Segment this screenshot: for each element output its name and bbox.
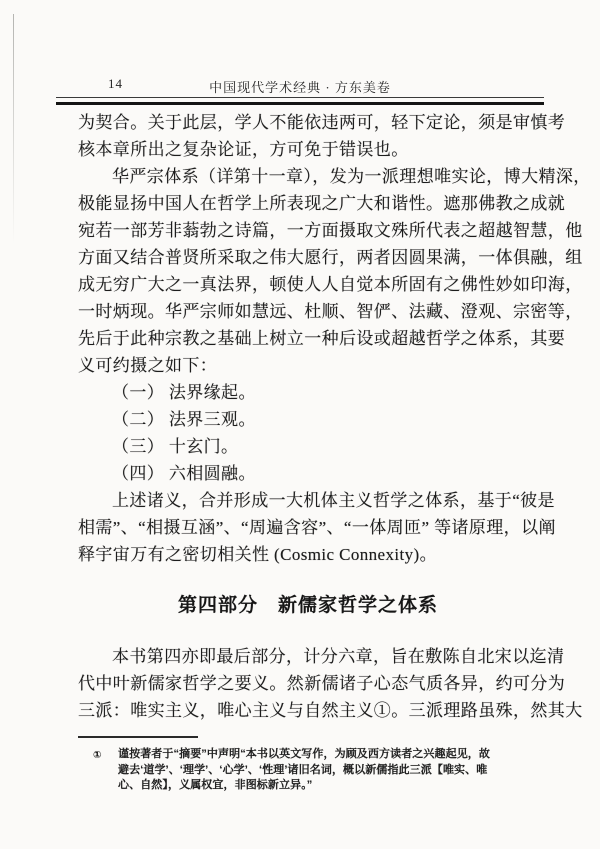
page-number: 14 (108, 76, 123, 92)
list-item-line: （二） 法界三观。 (78, 406, 538, 433)
footnote-separator (78, 736, 198, 738)
book-title: 中国现代学术经典 · 方东美卷 (0, 77, 600, 96)
footnote-line: 避去‘道学’、‘理学’、‘心学’、‘性理’诸旧名词，概以新儒指此三派【唯实、唯 (118, 763, 540, 779)
body-line: 一时炳现。华严宗师如慧远、杜顺、智俨、法藏、澄观、宗密等， (78, 298, 538, 325)
footnote-line: 心、自然】，义属权宜，非图标新立异。” (118, 778, 540, 794)
body-line: 为契合。关于此层，学人不能依违两可，轻下定论，须是审慎考 (78, 109, 538, 136)
body-line: 先后于此种宗教之基础上树立一种后设或超越哲学之体系，其要 (78, 325, 538, 352)
body-line: 相需”、“相摄互涵”、“周遍含容”、“一体周匝” 等诸原理，以阐 (78, 514, 538, 541)
header-rule-thick (56, 102, 544, 105)
list-item-line: （一） 法界缘起。 (78, 379, 538, 406)
body-line: 华严宗体系（详第十一章），发为一派理想唯实论，博大精深， (78, 163, 538, 190)
body-line: 宛若一部芳非蓊勃之诗篇，一方面摄取文殊所代表之超越智慧，他 (78, 217, 538, 244)
footnote: ① 谨按著者于“摘要”中声明“本书以英文写作，为顾及西方读者之兴趣起见，故 避去… (93, 747, 540, 794)
body-line: 代中叶新儒家哲学之要义。然新儒诸子心态气质各异，约可分为 (78, 670, 538, 697)
footnote-line: 谨按著者于“摘要”中声明“本书以英文写作，为顾及西方读者之兴趣起见，故 (118, 747, 540, 763)
running-header: 14 中国现代学术经典 · 方东美卷 (0, 0, 600, 93)
section-heading: 第四部分 新儒家哲学之体系 (78, 592, 538, 620)
main-text-block: 为契合。关于此层，学人不能依违两可，轻下定论，须是审慎考 核本章所出之复杂论证，… (78, 109, 538, 724)
body-line: 方面又结合普贤所采取之伟大愿行，两者因圆果满，一体俱融，组 (78, 244, 538, 271)
body-line: 极能显扬中国人在哲学上所表现之广大和谐性。遮那佛教之成就 (78, 190, 538, 217)
header-rule-thin (56, 97, 544, 98)
list-item-line: （三） 十玄门。 (78, 433, 538, 460)
footnote-marker: ① (93, 748, 102, 764)
list-item-line: （四） 六相圆融。 (78, 460, 538, 487)
body-line: 义可约摄之如下： (78, 352, 538, 379)
body-line: 本书第四亦即最后部分，计分六章，旨在敷陈自北宋以迄清 (78, 643, 538, 670)
body-line: 上述诸义，合并形成一大机体主义哲学之体系，基于“彼是 (78, 487, 538, 514)
body-line: 三派：唯实主义，唯心主义与自然主义①。三派理路虽殊，然其大 (78, 697, 538, 724)
paragraph-block: 本书第四亦即最后部分，计分六章，旨在敷陈自北宋以迄清 代中叶新儒家哲学之要义。然… (78, 643, 538, 724)
body-line: 释宇宙万有之密切相关性 (Cosmic Connexity)。 (78, 541, 538, 568)
body-line: 成无穷广大之一真法界，顿使人人自觉本所固有之佛性妙如印海， (78, 271, 538, 298)
body-line: 核本章所出之复杂论证，方可免于错误也。 (78, 136, 538, 163)
scanned-book-page: { "colors": { "paper": "#fbfaf8", "ink":… (0, 0, 600, 849)
